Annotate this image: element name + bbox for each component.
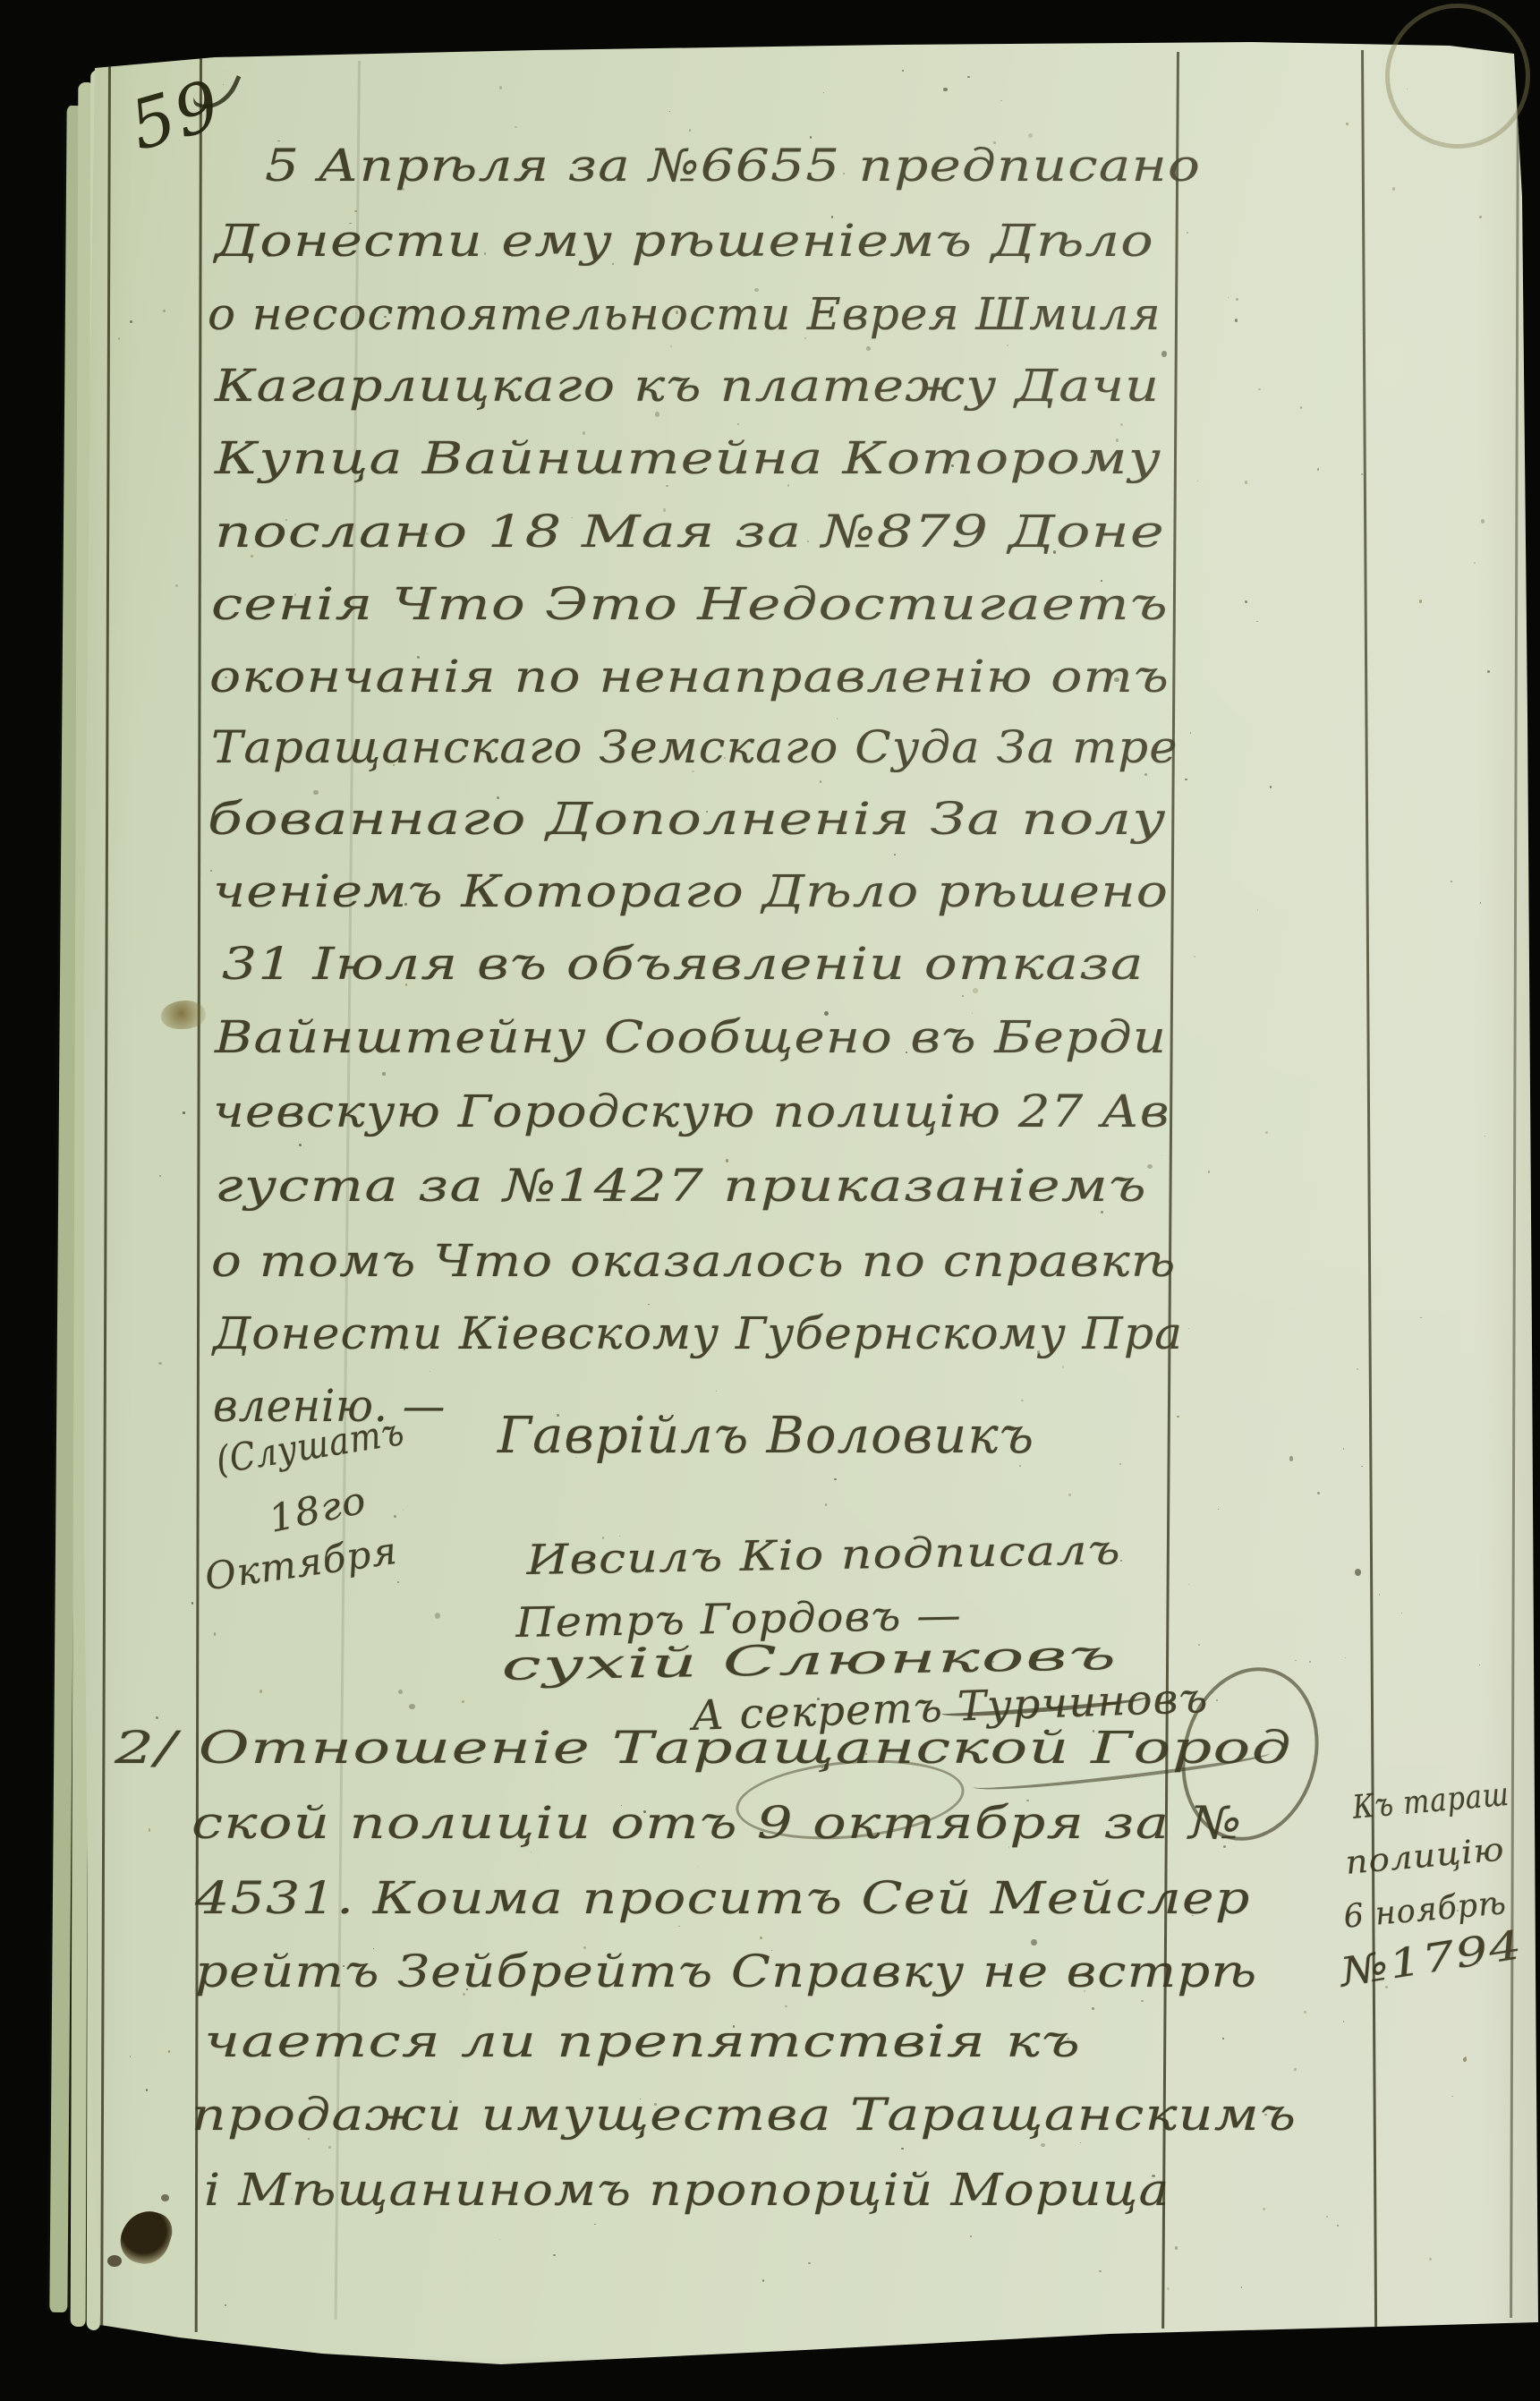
foxing-speck bbox=[820, 780, 821, 782]
foxing-speck bbox=[1300, 406, 1303, 409]
foxing-speck bbox=[1361, 1466, 1363, 1468]
foxing-speck bbox=[1343, 2021, 1345, 2022]
hearing-note-line: Октября bbox=[202, 1528, 400, 1599]
foxing-speck bbox=[760, 1937, 762, 1940]
foxing-speck bbox=[787, 484, 790, 487]
foxing-speck bbox=[146, 2089, 148, 2091]
foxing-speck bbox=[1188, 1584, 1190, 1586]
foxing-speck bbox=[648, 1304, 649, 1306]
foxing-speck bbox=[1419, 600, 1422, 603]
foxing-speck bbox=[1343, 1448, 1344, 1449]
foxing-speck bbox=[970, 2235, 973, 2237]
foxing-speck bbox=[1120, 423, 1123, 426]
foxing-speck bbox=[398, 1690, 403, 1694]
foxing-speck bbox=[1480, 902, 1481, 904]
foxing-speck bbox=[1141, 2000, 1144, 2002]
foxing-speck bbox=[159, 1175, 161, 1177]
foxing-speck bbox=[837, 718, 838, 719]
foxing-speck bbox=[118, 337, 120, 339]
foxing-speck bbox=[394, 1515, 396, 1519]
foxing-speck bbox=[1463, 2057, 1467, 2062]
foxing-speck bbox=[1295, 1660, 1297, 1661]
foxing-speck bbox=[1236, 298, 1238, 301]
foxing-speck bbox=[328, 2146, 331, 2150]
foxing-speck bbox=[594, 2224, 596, 2226]
foxing-speck bbox=[823, 92, 824, 93]
foxing-speck bbox=[1190, 732, 1192, 734]
body-line: Донести ему рѣшеніемъ Дѣло bbox=[215, 215, 1154, 267]
foxing-speck bbox=[1479, 216, 1482, 218]
body-line: Таращанскаго Земскаго Суда За тре bbox=[211, 721, 1178, 773]
foxing-speck bbox=[168, 2050, 171, 2053]
foxing-speck bbox=[866, 346, 871, 351]
foxing-speck bbox=[697, 1866, 698, 1867]
foxing-speck bbox=[354, 210, 356, 213]
foxing-speck bbox=[531, 1852, 532, 1853]
manuscript-scan: 59 5 Апрѣля за №6655 предписаноДонести е… bbox=[0, 0, 1540, 2401]
foxing-speck bbox=[1451, 881, 1452, 882]
foxing-speck bbox=[689, 129, 692, 132]
foxing-speck bbox=[1019, 1465, 1021, 1467]
foxing-speck bbox=[1304, 2011, 1306, 2014]
foxing-speck bbox=[175, 584, 178, 587]
foxing-speck bbox=[1485, 1136, 1485, 1137]
foxing-speck bbox=[1144, 773, 1147, 775]
foxing-speck bbox=[785, 2005, 787, 2007]
body-line: густа за №1427 приказаніемъ bbox=[215, 1160, 1147, 1212]
foxing-speck bbox=[1235, 319, 1238, 322]
foxing-speck bbox=[1256, 621, 1258, 622]
foxing-speck bbox=[1068, 1494, 1071, 1496]
foxing-speck bbox=[1000, 100, 1001, 101]
body-line: 5 Апрѣля за №6655 предписано bbox=[265, 140, 1201, 192]
clerk-signature: Гаврійлъ Воловикъ bbox=[498, 1407, 1034, 1465]
body-line: о томъ Что оказалось по справкѣ bbox=[211, 1235, 1177, 1287]
foxing-speck bbox=[214, 1632, 217, 1635]
foxing-speck bbox=[1451, 2096, 1453, 2097]
foxing-speck bbox=[1337, 2225, 1340, 2226]
foxing-speck bbox=[130, 320, 132, 323]
foxing-speck bbox=[130, 2056, 132, 2057]
signature-line: Ивсилъ Кіо подписалъ bbox=[526, 1525, 1121, 1584]
foxing-speck bbox=[225, 2304, 226, 2306]
foxing-speck bbox=[810, 136, 813, 139]
foxing-speck bbox=[670, 345, 672, 347]
body-line: Кагарлицкаго къ платежу Дачи bbox=[215, 360, 1160, 412]
body-line: 4531. Коима проситъ Сей Мейслер bbox=[195, 1872, 1251, 1924]
foxing-speck bbox=[1401, 1613, 1402, 1613]
foxing-speck bbox=[1355, 1569, 1361, 1576]
body-line: бованнаго Дополненія За полу bbox=[208, 793, 1167, 845]
foxing-speck bbox=[1245, 481, 1247, 484]
foxing-speck bbox=[1379, 1594, 1380, 1595]
foxing-speck bbox=[409, 1704, 415, 1709]
foxing-speck bbox=[553, 2254, 556, 2257]
foxing-speck bbox=[1099, 2270, 1101, 2272]
foxing-speck bbox=[943, 88, 947, 92]
foxing-speck bbox=[158, 1362, 162, 1365]
foxing-speck bbox=[1175, 2246, 1178, 2249]
foxing-speck bbox=[1263, 2208, 1265, 2210]
foxing-speck bbox=[1194, 956, 1195, 958]
foxing-speck bbox=[1062, 1366, 1065, 1368]
foxing-speck bbox=[762, 2279, 765, 2281]
foxing-speck bbox=[1147, 1164, 1153, 1169]
foxing-speck bbox=[163, 310, 166, 312]
foxing-speck bbox=[1228, 297, 1229, 298]
foxing-speck bbox=[1222, 2038, 1224, 2039]
foxing-speck bbox=[901, 2148, 903, 2150]
body-line: рейтъ Зейбрейтъ Справку не встрѣ bbox=[195, 1945, 1257, 1997]
foxing-speck bbox=[499, 86, 502, 89]
foxing-speck bbox=[1028, 133, 1033, 138]
foxing-speck bbox=[1258, 388, 1261, 390]
foxing-speck bbox=[515, 126, 516, 128]
foxing-speck bbox=[1345, 1657, 1346, 1658]
ink-blot bbox=[115, 2204, 177, 2270]
paper-stain bbox=[161, 1000, 206, 1029]
foxing-speck bbox=[1007, 345, 1008, 345]
foxing-speck bbox=[1326, 2216, 1328, 2218]
foxing-speck bbox=[299, 1144, 302, 1147]
foxing-speck bbox=[1481, 519, 1485, 524]
foxing-speck bbox=[1208, 1171, 1210, 1173]
foxing-speck bbox=[1187, 232, 1188, 233]
foxing-speck bbox=[1167, 2287, 1169, 2290]
foxing-speck bbox=[1177, 1416, 1179, 1418]
foxing-speck bbox=[156, 1716, 158, 1719]
foxing-speck bbox=[825, 1503, 828, 1506]
foxing-speck bbox=[1309, 1661, 1310, 1662]
foxing-speck bbox=[1241, 2286, 1243, 2288]
foxing-speck bbox=[183, 1111, 185, 1114]
foxing-speck bbox=[1197, 481, 1199, 482]
body-line: чевскую Городскую полицію 27 Ав bbox=[213, 1086, 1170, 1137]
foxing-speck bbox=[1479, 1665, 1480, 1665]
foxing-speck bbox=[1198, 1644, 1200, 1646]
foxing-speck bbox=[1185, 779, 1187, 780]
body-line: окончанія по ненаправленію отъ bbox=[209, 651, 1170, 702]
foxing-speck bbox=[1361, 473, 1363, 475]
foxing-speck bbox=[210, 870, 212, 872]
foxing-speck bbox=[1392, 187, 1395, 191]
foxing-speck bbox=[669, 111, 670, 112]
foxing-speck bbox=[1487, 670, 1490, 673]
foxing-speck bbox=[902, 70, 904, 72]
foxing-speck bbox=[397, 1581, 398, 1582]
foxing-speck bbox=[1161, 351, 1167, 357]
foxing-speck bbox=[962, 995, 964, 996]
foxing-speck bbox=[1080, 2142, 1081, 2143]
foxing-speck bbox=[967, 76, 970, 79]
foxing-speck bbox=[1474, 562, 1476, 564]
foxing-speck bbox=[1245, 600, 1247, 603]
document-page: 59 5 Апрѣля за №6655 предписаноДонести е… bbox=[0, 0, 1540, 2401]
foxing-speck bbox=[1420, 1317, 1422, 1319]
body-line: о несостоятельности Еврея Шмиля bbox=[208, 288, 1161, 340]
foxing-speck bbox=[430, 1371, 430, 1372]
foxing-speck bbox=[1257, 909, 1259, 910]
foxing-speck bbox=[382, 1072, 385, 1076]
foxing-speck bbox=[1188, 1328, 1189, 1329]
hearing-note-line: 18го bbox=[265, 1477, 370, 1541]
foxing-speck bbox=[1218, 1509, 1219, 1510]
foxing-speck bbox=[1092, 2007, 1094, 2010]
foxing-speck bbox=[834, 1478, 837, 1480]
foxing-speck bbox=[678, 1926, 680, 1927]
foxing-speck bbox=[894, 854, 896, 856]
margin-note-line: полицію bbox=[1344, 1831, 1506, 1881]
foxing-speck bbox=[1294, 2068, 1297, 2071]
foxing-speck bbox=[499, 2239, 500, 2240]
foxing-speck bbox=[737, 423, 738, 425]
foxing-speck bbox=[1161, 1155, 1162, 1156]
foxing-speck bbox=[1289, 1456, 1293, 1460]
foxing-speck bbox=[149, 1828, 151, 1831]
body-line: сенія Что Это Недостигаетъ bbox=[211, 578, 1169, 630]
margin-note-line: Къ тараш bbox=[1351, 1776, 1510, 1826]
foxing-speck bbox=[1357, 1368, 1358, 1371]
body-line: Купца Вайнштейна Которому bbox=[215, 432, 1161, 484]
foxing-speck bbox=[462, 1700, 464, 1703]
foxing-speck bbox=[655, 412, 660, 417]
foxing-speck bbox=[1346, 123, 1349, 125]
foxing-speck bbox=[1317, 468, 1320, 471]
body-line: Вайнштейну Сообщено въ Берди bbox=[215, 1011, 1167, 1063]
foxing-speck bbox=[808, 2262, 810, 2265]
body-line: чается ли препятствія къ bbox=[204, 2015, 1081, 2067]
body-line: ченіемъ Котораго Дѣло рѣшено bbox=[213, 865, 1169, 917]
ink-blot-droplet bbox=[161, 2194, 169, 2201]
body-line: ской полиціи отъ 9 октября за № bbox=[191, 1797, 1243, 1849]
foxing-speck bbox=[716, 1391, 717, 1392]
body-line: послано 18 Мая за №879 Доне bbox=[215, 506, 1165, 558]
page-edge-crease bbox=[1510, 59, 1519, 2318]
left-outer-rule-line bbox=[100, 63, 110, 2329]
foxing-speck bbox=[1270, 786, 1272, 788]
foxing-speck bbox=[403, 1510, 404, 1511]
foxing-speck bbox=[666, 485, 668, 487]
foxing-speck bbox=[1317, 1492, 1320, 1494]
body-line: продажи имущества Таращанскимъ bbox=[191, 2089, 1297, 2141]
foxing-speck bbox=[191, 1602, 194, 1605]
foxing-speck bbox=[435, 1613, 440, 1619]
foxing-speck bbox=[1429, 2258, 1432, 2261]
foxing-speck bbox=[1265, 1131, 1267, 1134]
foxing-speck bbox=[1021, 1400, 1024, 1402]
body-line: Донести Кіевскому Губернскому Пра bbox=[213, 1307, 1183, 1359]
body-line: 31 Іюля въ объявленіи отказа bbox=[222, 938, 1144, 990]
foxing-speck bbox=[1119, 1463, 1121, 1465]
body-line: і Мѣщаниномъ пропорцій Морица bbox=[204, 2164, 1170, 2216]
ink-blot-droplet bbox=[107, 2255, 122, 2267]
foxing-speck bbox=[260, 1690, 262, 1692]
foxing-speck bbox=[1041, 2143, 1045, 2148]
